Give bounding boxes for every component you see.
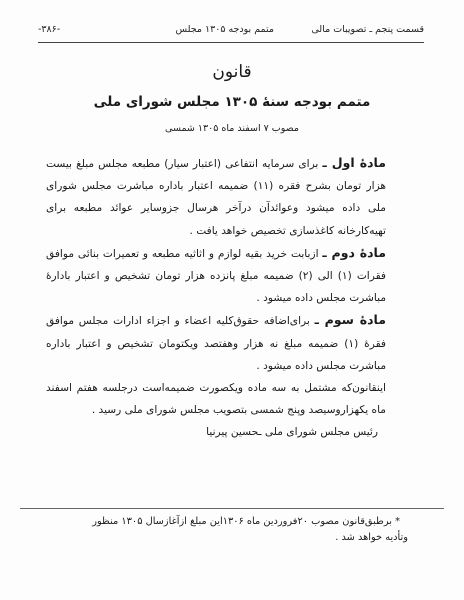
header-divider (38, 42, 424, 43)
closing-paragraph: اینقانون‌که مشتمل به سه ماده ویکصورت ضمی… (46, 377, 416, 421)
page-number: -۳۸۶- (38, 24, 60, 35)
article-2: مادهٔ دوم ـ ازبابت خرید بقیه لوازم و اثا… (46, 242, 416, 310)
article-2-label: مادهٔ دوم ـ (322, 245, 386, 260)
law-body: مادهٔ اول ـ برای سرمایه انتفاعی (اعتبار … (46, 152, 416, 444)
law-heading: قانون (0, 62, 464, 82)
law-subtitle: متمم بودجه سنهٔ ۱۳۰۵ مجلس شورای ملی (0, 94, 464, 110)
article-1-label: مادهٔ اول ـ (322, 155, 386, 170)
article-3-label: مادهٔ سوم ـ (315, 312, 386, 327)
article-3: مادهٔ سوم ـ برای‌اضافه حقوق‌کلیه اعضاء و… (46, 309, 416, 377)
running-header: قسمت پنجم ـ تصویبات مالی متمم بودجه ۱۳۰۵… (38, 24, 424, 38)
article-1: مادهٔ اول ـ برای سرمایه انتفاعی (اعتبار … (46, 152, 416, 242)
section-label: قسمت پنجم ـ تصویبات مالی (311, 24, 424, 35)
document-page: قسمت پنجم ـ تصویبات مالی متمم بودجه ۱۳۰۵… (0, 0, 464, 600)
header-title: متمم بودجه ۱۳۰۵ مجلس (176, 24, 274, 35)
footnote: * برطبق‌قانون مصوب ۲۰فروردین ماه ۱۳۰۶این… (48, 514, 408, 546)
law-approval-date: مصوب ۷ اسفند ماه ۱۳۰۵ شمسی (0, 123, 464, 134)
signature: رئیس مجلس شورای ملی ـحسین پیرنیا (46, 421, 416, 443)
footnote-line-1: * برطبق‌قانون مصوب ۲۰فروردین ماه ۱۳۰۶این… (48, 514, 408, 530)
footnote-line-2: وتأدیه خواهد شد . (48, 530, 408, 546)
footnote-divider (20, 508, 444, 509)
